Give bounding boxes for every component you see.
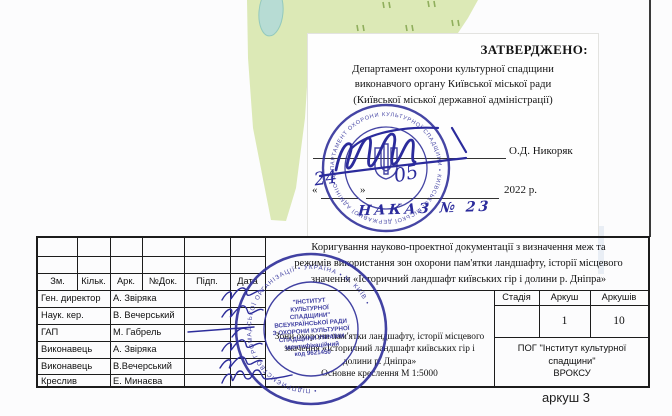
table-line xyxy=(184,238,185,386)
table-line xyxy=(38,256,265,257)
sheets-value: 10 xyxy=(590,305,648,337)
sheet-title-line: значення «Історичний ландшафт київських … xyxy=(265,343,494,356)
organization-line: ПОГ "Інститут культурної xyxy=(494,342,650,355)
title-block-table: Зм. Кільк. Арк. №Док. Підп. Дата Ген. ди… xyxy=(36,236,650,388)
col-header-ndok: №Док. xyxy=(142,273,184,290)
row-name: В.Вечерський xyxy=(113,358,183,374)
col-header-zm: Зм. xyxy=(38,273,77,290)
row-name: М. Габрель xyxy=(113,324,183,341)
handwritten-day: 24 xyxy=(313,167,339,191)
table-line xyxy=(230,238,231,386)
row-name: В. Вечерський xyxy=(113,307,183,324)
date-quote-close: » xyxy=(360,184,366,196)
date-year: 2022 р. xyxy=(504,184,537,196)
col-header-data: Дата xyxy=(230,273,265,290)
row-role: Ген. директор xyxy=(41,290,109,307)
col-header-ark: Арк. xyxy=(110,273,142,290)
project-description-line: режимів використання зон охорони пам'ятк… xyxy=(265,256,652,272)
approval-body-line: Департамент охорони культурної спадщини xyxy=(308,62,598,77)
sheet-title-line: Основне креслення М 1:5000 xyxy=(265,368,494,381)
scanned-document-page: ЗАТВЕРДЖЕНО: Департамент охорони культур… xyxy=(0,0,672,416)
row-name: Е. Минаєва xyxy=(113,374,183,388)
row-name: А. Звіряка xyxy=(113,341,183,358)
organization-line: спадщини" xyxy=(494,355,650,368)
date-day-line xyxy=(321,198,358,199)
project-description-line: значення «Історичний ландшафт київських … xyxy=(265,272,652,288)
sheet-value: 1 xyxy=(539,305,590,337)
sheet-title-line: Зони охорони пам'ятки ландшафту, історії… xyxy=(265,331,494,344)
row-role: Виконавець xyxy=(41,358,109,374)
drawing-frame-right-border xyxy=(649,0,651,237)
signature-line xyxy=(313,158,506,159)
row-role: Креслив xyxy=(41,374,109,388)
organization-name: ПОГ "Інститут культурної спадщини" ВРОКС… xyxy=(494,337,650,386)
sheet-number-note: аркуш 3 xyxy=(506,390,626,405)
row-role: Наук. кер. xyxy=(41,307,109,324)
row-name: А. Звіряка xyxy=(113,290,183,307)
sheet-title: Зони охорони пам'ятки ландшафту, історії… xyxy=(265,290,494,386)
project-description: Коригування науково-проектної документац… xyxy=(265,238,652,292)
approval-title: ЗАТВЕРДЖЕНО: xyxy=(481,42,589,58)
approval-body-line: (Київської міської державної адміністрац… xyxy=(308,93,598,108)
approval-body-line: виконавчого органу Київської міської рад… xyxy=(308,77,598,92)
row-role: ГАП xyxy=(41,324,109,341)
stage-header: Стадія xyxy=(494,290,539,305)
table-line xyxy=(110,238,111,386)
project-description-line: Коригування науково-проектної документац… xyxy=(265,240,652,256)
col-header-pidp: Підп. xyxy=(184,273,230,290)
signer-name: О.Д. Никоряк xyxy=(509,145,573,157)
approval-body: Департамент охорони культурної спадщини … xyxy=(308,62,598,108)
row-role: Виконавець xyxy=(41,341,109,358)
sheet-header: Аркуш xyxy=(539,290,590,305)
col-header-kilk: Кільк. xyxy=(77,273,110,290)
sheet-title-line: долини р. Дніпра» xyxy=(265,356,494,369)
organization-line: ВРОКСУ xyxy=(494,367,650,380)
sheets-header: Аркушів xyxy=(590,290,648,305)
